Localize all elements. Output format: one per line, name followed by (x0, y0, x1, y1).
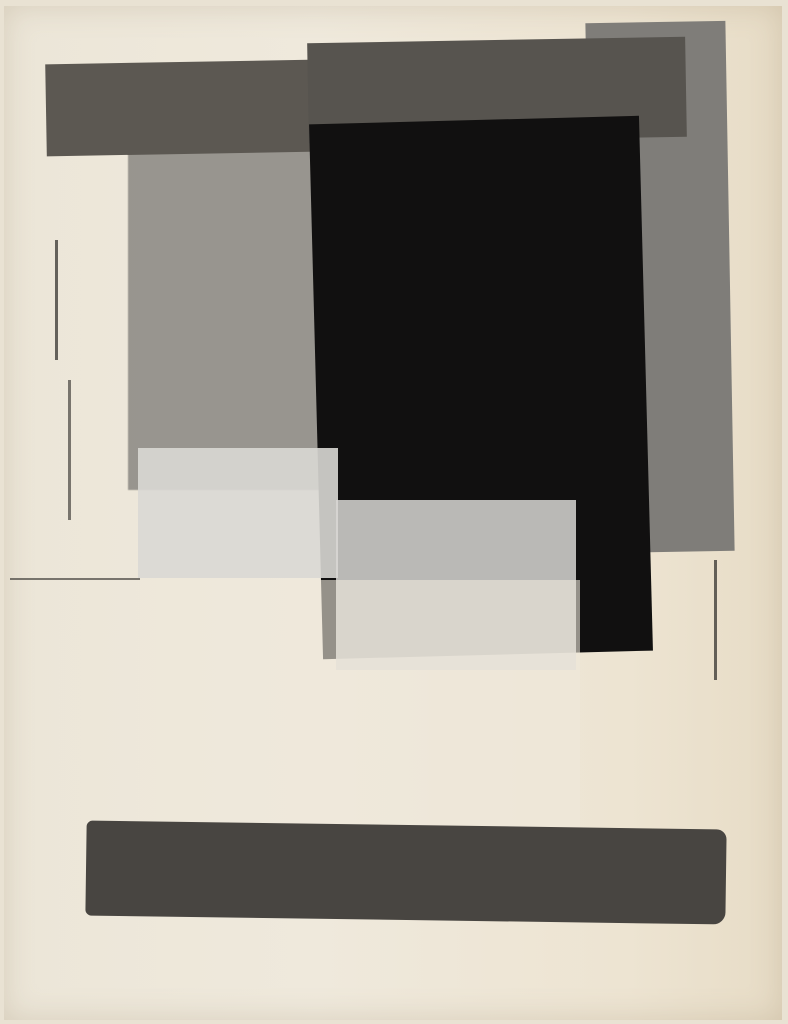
vertical-streak-left (55, 240, 58, 360)
bottom-bar (85, 821, 726, 925)
vertical-streak-left-2 (68, 380, 71, 520)
top-bar-left (45, 60, 317, 157)
white-patch-left (138, 448, 338, 578)
light-panel (140, 580, 580, 840)
horizontal-streak (10, 578, 140, 580)
vertical-streak-right (714, 560, 717, 680)
gray-panel-left (128, 130, 328, 490)
